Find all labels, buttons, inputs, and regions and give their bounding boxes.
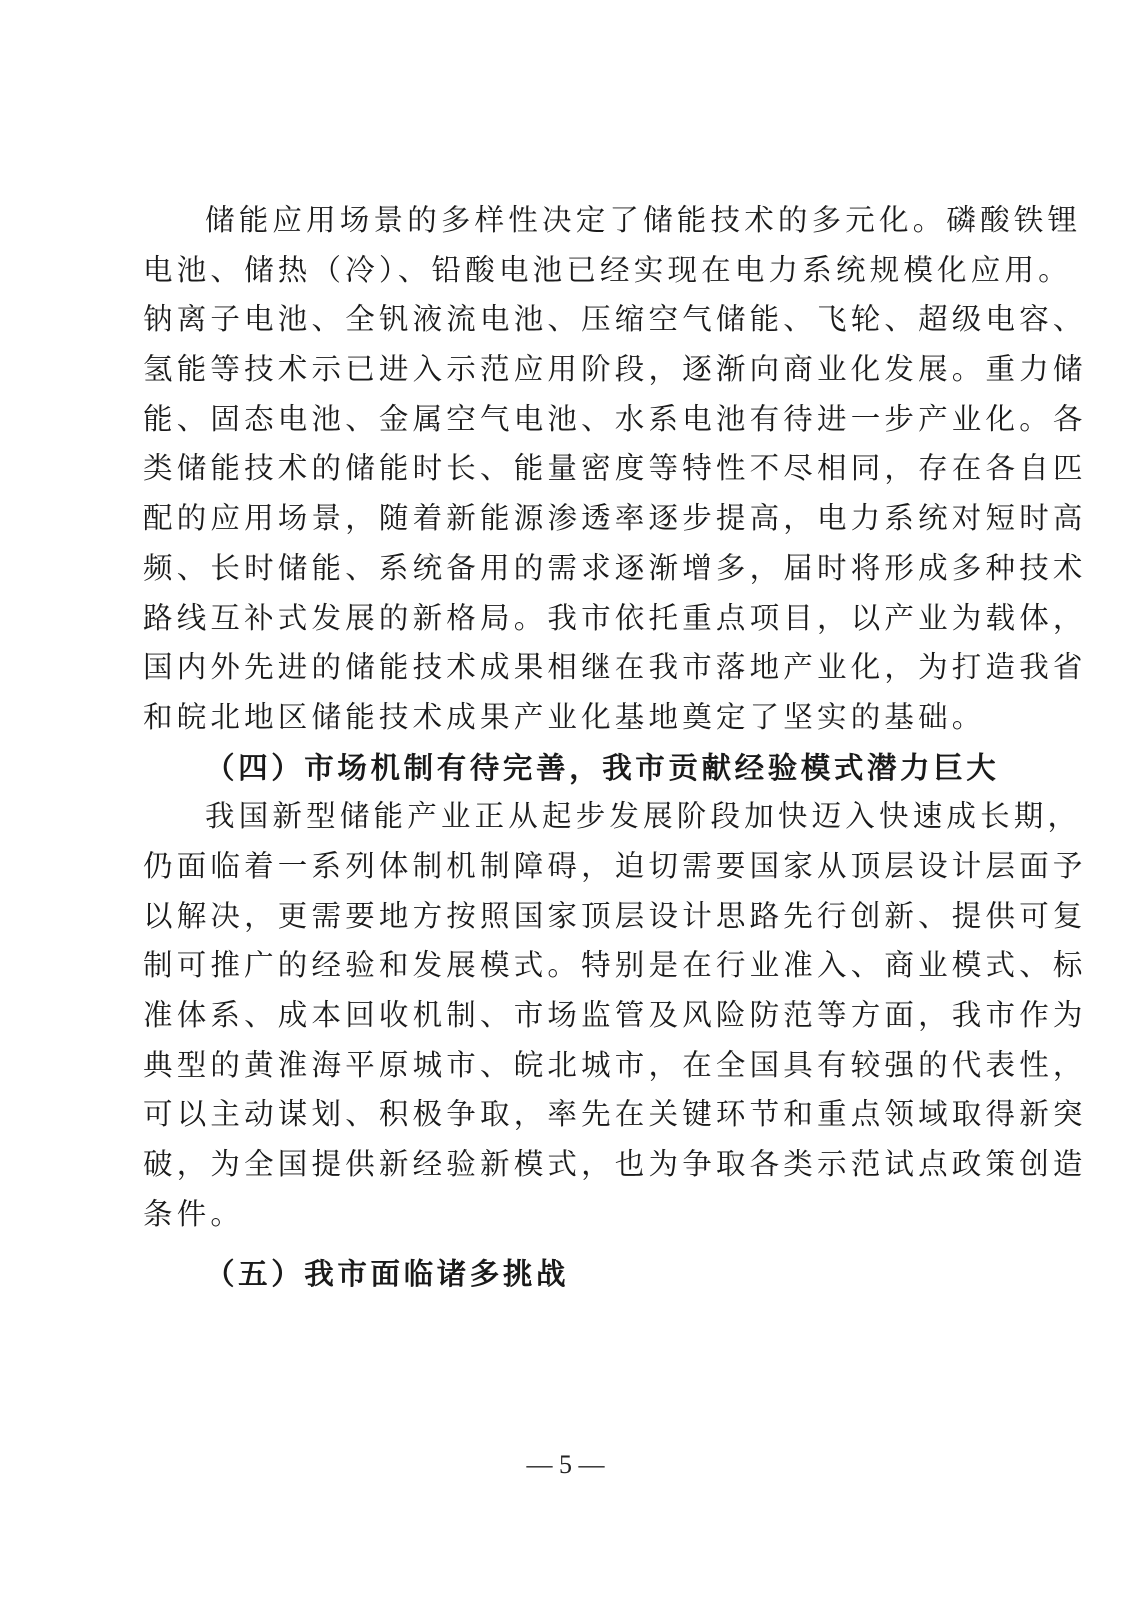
paragraph-line: 我国新型储能产业正从起步发展阶段加快迈入快速成长期，: [143, 792, 988, 842]
section-heading-5: （五）我市面临诸多挑战: [143, 1249, 988, 1299]
paragraph-line: 条件。: [143, 1190, 988, 1240]
paragraph-line: 频、长时储能、系统备用的需求逐渐增多，届时将形成多种技术: [143, 544, 988, 594]
paragraph-line: 破，为全国提供新经验新模式，也为争取各类示范试点政策创造: [143, 1140, 988, 1190]
paragraph-line: 准体系、成本回收机制、市场监管及风险防范等方面，我市作为: [143, 991, 988, 1041]
paragraph-line: 和皖北地区储能技术成果产业化基地奠定了坚实的基础。: [143, 693, 988, 743]
paragraph-line: 典型的黄淮海平原城市、皖北城市，在全国具有较强的代表性，: [143, 1041, 988, 1091]
paragraph-line: 能、固态电池、金属空气电池、水系电池有待进一步产业化。各: [143, 395, 988, 445]
paragraph-line: 国内外先进的储能技术成果相继在我市落地产业化，为打造我省: [143, 643, 988, 693]
section-heading-4: （四）市场机制有待完善，我市贡献经验模式潜力巨大: [143, 743, 988, 793]
paragraph-line: 制可推广的经验和发展模式。特别是在行业准入、商业模式、标: [143, 941, 988, 991]
paragraph-line: 以解决，更需要地方按照国家顶层设计思路先行创新、提供可复: [143, 892, 988, 942]
paragraph-line: 氢能等技术示已进入示范应用阶段，逐渐向商业化发展。重力储: [143, 345, 988, 395]
paragraph-line: 钠离子电池、全钒液流电池、压缩空气储能、飞轮、超级电容、: [143, 295, 988, 345]
paragraph-line: 可以主动谋划、积极争取，率先在关键环节和重点领域取得新突: [143, 1090, 988, 1140]
page-number: — 5 —: [0, 1450, 1131, 1480]
paragraph-line: 类储能技术的储能时长、能量密度等特性不尽相同，存在各自匹: [143, 444, 988, 494]
paragraph-line: 储能应用场景的多样性决定了储能技术的多元化。磷酸铁锂: [143, 196, 988, 246]
paragraph-line: 仍面临着一系列体制机制障碍，迫切需要国家从顶层设计层面予: [143, 842, 988, 892]
paragraph-line: 路线互补式发展的新格局。我市依托重点项目，以产业为载体，: [143, 594, 988, 644]
document-page: 储能应用场景的多样性决定了储能技术的多元化。磷酸铁锂 电池、储热（冷）、铅酸电池…: [143, 196, 988, 1299]
paragraph-energy-storage-tech: 储能应用场景的多样性决定了储能技术的多元化。磷酸铁锂 电池、储热（冷）、铅酸电池…: [143, 196, 988, 743]
paragraph-line: 电池、储热（冷）、铅酸电池已经实现在电力系统规模化应用。: [143, 246, 988, 296]
paragraph-market-mechanism: 我国新型储能产业正从起步发展阶段加快迈入快速成长期， 仍面临着一系列体制机制障碍…: [143, 792, 988, 1239]
paragraph-line: 配的应用场景，随着新能源渗透率逐步提高，电力系统对短时高: [143, 494, 988, 544]
